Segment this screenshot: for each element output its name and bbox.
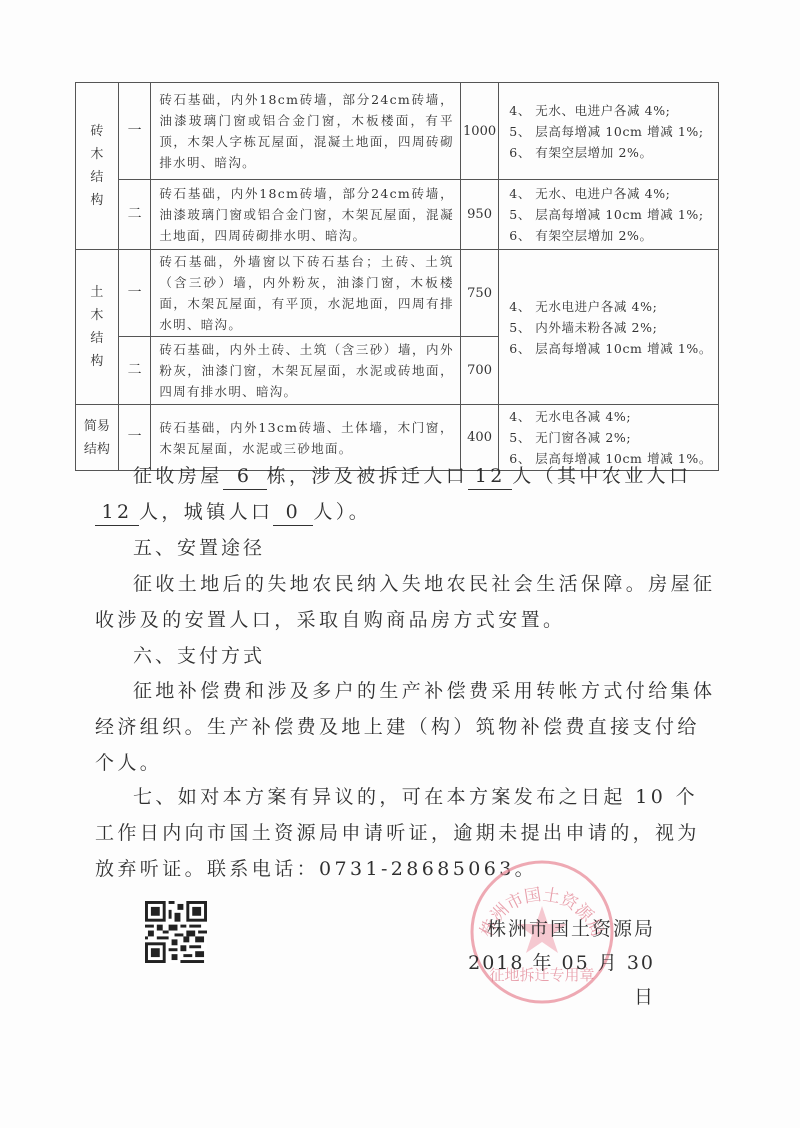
structure-type-cell: 砖 木 结 构 — [76, 83, 119, 250]
section-6-title: 六、支付方式 — [95, 638, 720, 674]
note-line: 5、内外墙未粉各减 2%; — [509, 317, 712, 338]
qr-code-icon — [145, 901, 207, 963]
house-standard-table: 砖 木 结 构 一 砖石基础，内外18cm砖墙，部分24cm砖墙，油漆玻璃门窗或… — [75, 82, 719, 471]
summary-text: 栋，涉及被拆迁人口 — [267, 465, 469, 487]
note-line: 6、有架空层增加 2%。 — [509, 225, 712, 246]
price-cell: 1000 — [460, 83, 498, 180]
adjustment-notes-cell: 4、无水、电进户各减 4%; 5、层高每增减 10cm 增减 1%; 6、有架空… — [499, 83, 719, 180]
signature-block: 株洲市国土资源局 2018 年 05 月 30 日 — [440, 912, 655, 1014]
section-7-body: 七、如对本方案有异议的，可在本方案发布之日起 10 个工作日内向市国土资源局申请… — [95, 779, 720, 887]
type-char: 构 — [90, 354, 103, 369]
section-6-body: 征地补偿费和涉及多户的生产补偿费采用转帐方式付给集体经济组织。生产补偿费及地上建… — [95, 673, 720, 781]
adjustment-notes-cell: 4、无水、电进户各减 4%; 5、层高每增减 10cm 增减 1%; 6、有架空… — [499, 180, 719, 250]
urban-count: 0 — [273, 499, 313, 526]
adjustment-notes-cell: 4、无水电进户各减 4%; 5、内外墙未粉各减 2%; 6、层高每增减 10cm… — [499, 250, 719, 405]
description-cell: 砖石基础，内外土砖、土筑（含三砂）墙，内外粉灰，油漆门窗，木架瓦屋面，水泥或砖地… — [151, 337, 461, 405]
table-row: 砖 木 结 构 一 砖石基础，内外18cm砖墙，部分24cm砖墙，油漆玻璃门窗或… — [76, 83, 719, 180]
note-number: 4、 — [509, 183, 535, 204]
note-number: 4、 — [509, 406, 535, 427]
document-page: 砖 木 结 构 一 砖石基础，内外18cm砖墙，部分24cm砖墙，油漆玻璃门窗或… — [0, 0, 800, 1128]
note-line: 6、有架空层增加 2%。 — [509, 142, 712, 163]
section-5-title: 五、安置途径 — [95, 530, 720, 566]
agricultural-count: 12 — [95, 499, 139, 526]
type-char: 结 — [90, 331, 103, 346]
note-text: 无水、电进户各减 4%; — [535, 186, 670, 201]
note-text: 无水电各减 4%; — [535, 409, 631, 424]
structure-type-cell: 土 木 结 构 — [76, 250, 119, 405]
note-text: 有架空层增加 2%。 — [535, 228, 652, 243]
note-text: 层高每增减 10cm 增减 1%。 — [535, 341, 712, 356]
grade-cell: 一 — [118, 250, 150, 337]
type-char: 构 — [90, 193, 103, 208]
note-text: 有架空层增加 2%。 — [535, 145, 652, 160]
note-line: 4、无水电各减 4%; — [509, 406, 712, 427]
summary-text: 人，城镇人口 — [139, 501, 273, 523]
note-line: 5、无门窗各减 2%; — [509, 427, 712, 448]
price-cell: 700 — [460, 337, 498, 405]
houses-count: 6 — [223, 463, 267, 490]
type-char: 木 — [90, 308, 103, 323]
note-text: 无水电进户各减 4%; — [535, 299, 657, 314]
note-text: 层高每增减 10cm 增减 1%; — [535, 124, 703, 139]
grade-cell: 一 — [118, 83, 150, 180]
note-number: 5、 — [509, 121, 535, 142]
section-5-body: 征收土地后的失地农民纳入失地农民社会生活保障。房屋征收涉及的安置人口，采取自购商… — [95, 566, 720, 638]
type-char: 结构 — [84, 442, 110, 457]
summary-text: 人）。 — [313, 501, 371, 523]
price-cell: 750 — [460, 250, 498, 337]
note-number: 4、 — [509, 100, 535, 121]
note-number: 6、 — [509, 225, 535, 246]
type-char: 土 — [90, 285, 103, 300]
note-text: 内外墙未粉各减 2%; — [535, 320, 657, 335]
note-number: 6、 — [509, 338, 535, 359]
note-line: 5、层高每增减 10cm 增减 1%; — [509, 204, 712, 225]
relocation-summary: 征收房屋6栋，涉及被拆迁人口12人（其中农业人口12人，城镇人口0人）。 — [95, 458, 720, 530]
type-char: 木 — [90, 147, 103, 162]
note-text: 无门窗各减 2%; — [535, 430, 631, 445]
note-number: 6、 — [509, 142, 535, 163]
type-char: 砖 — [90, 124, 103, 139]
type-char: 简易 — [84, 419, 110, 434]
description-cell: 砖石基础，外墙窗以下砖石基台；土砖、土筑（含三砂）墙，内外粉灰，油漆门窗，木板楼… — [151, 250, 461, 337]
note-number: 4、 — [509, 296, 535, 317]
note-number: 5、 — [509, 427, 535, 448]
grade-cell: 二 — [118, 180, 150, 250]
note-text: 层高每增减 10cm 增减 1%; — [535, 207, 703, 222]
summary-text: 征收房屋 — [133, 465, 223, 487]
summary-text: 人（其中农业人 — [512, 465, 669, 487]
type-char: 结 — [90, 170, 103, 185]
note-line: 4、无水电进户各减 4%; — [509, 296, 712, 317]
note-line: 4、无水、电进户各减 4%; — [509, 100, 712, 121]
note-text: 无水、电进户各减 4%; — [535, 103, 670, 118]
grade-cell: 二 — [118, 337, 150, 405]
note-number: 5、 — [509, 317, 535, 338]
description-cell: 砖石基础，内外18cm砖墙，部分24cm砖墙，油漆玻璃门窗或铝合金门窗，木板楼面… — [151, 83, 461, 180]
note-line: 6、层高每增减 10cm 增减 1%。 — [509, 338, 712, 359]
description-cell: 砖石基础，内外18cm砖墙，部分24cm砖墙，油漆玻璃门窗或铝合金门窗，木架瓦屋… — [151, 180, 461, 250]
table-row: 二 砖石基础，内外18cm砖墙，部分24cm砖墙，油漆玻璃门窗或铝合金门窗，木架… — [76, 180, 719, 250]
table-row: 土 木 结 构 一 砖石基础，外墙窗以下砖石基台；土砖、土筑（含三砂）墙，内外粉… — [76, 250, 719, 337]
summary-text: 口 — [669, 465, 691, 487]
price-cell: 950 — [460, 180, 498, 250]
note-line: 4、无水、电进户各减 4%; — [509, 183, 712, 204]
people-count: 12 — [468, 463, 512, 490]
issue-date: 2018 年 05 月 30 日 — [440, 946, 655, 1014]
note-line: 5、层高每增减 10cm 增减 1%; — [509, 121, 712, 142]
note-number: 5、 — [509, 204, 535, 225]
issuing-organization: 株洲市国土资源局 — [440, 912, 655, 946]
